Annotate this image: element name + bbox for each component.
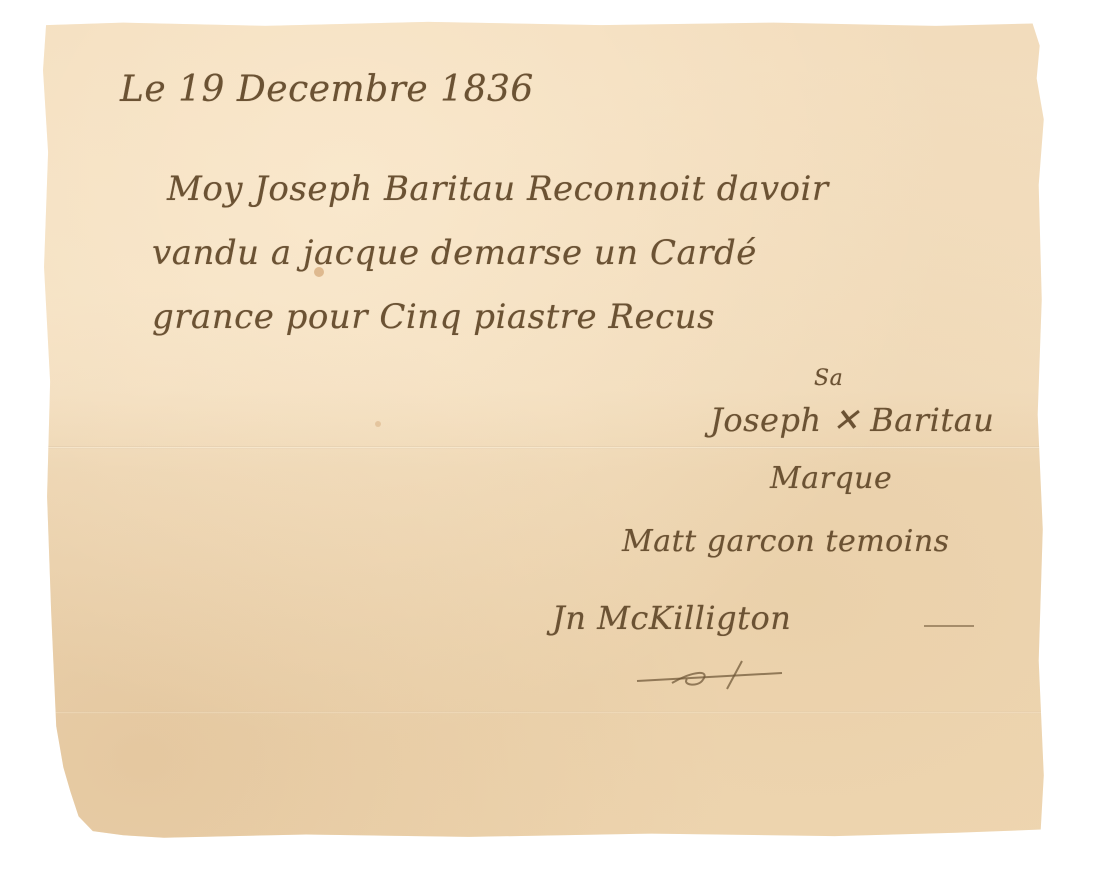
body-line-2: vandu a jacque demarse un Cardé xyxy=(152,233,757,273)
witness-line: Matt garcon temoins xyxy=(622,524,950,559)
signatory-name-with-mark: Joseph ✕ Baritau xyxy=(710,401,994,439)
scan-background: Le 19 Decembre 1836 Moy Joseph Baritau R… xyxy=(0,0,1098,874)
body-line-3: grance pour Cinq piastre Recus xyxy=(152,297,715,337)
signature-prefix: Sa xyxy=(814,366,843,391)
signature-dash xyxy=(924,625,974,627)
ink-stain xyxy=(375,421,381,427)
witness-signature: Jn McKilligton xyxy=(552,599,791,637)
paper-fold-line xyxy=(42,711,1058,714)
paper-fold-line xyxy=(42,446,1058,449)
signature-flourish-icon xyxy=(632,651,832,691)
aged-paper-sheet: Le 19 Decembre 1836 Moy Joseph Baritau R… xyxy=(42,21,1058,841)
mark-label: Marque xyxy=(770,461,892,496)
document-date: Le 19 Decembre 1836 xyxy=(120,69,534,110)
body-line-1: Moy Joseph Baritau Reconnoit davoir xyxy=(167,169,829,209)
